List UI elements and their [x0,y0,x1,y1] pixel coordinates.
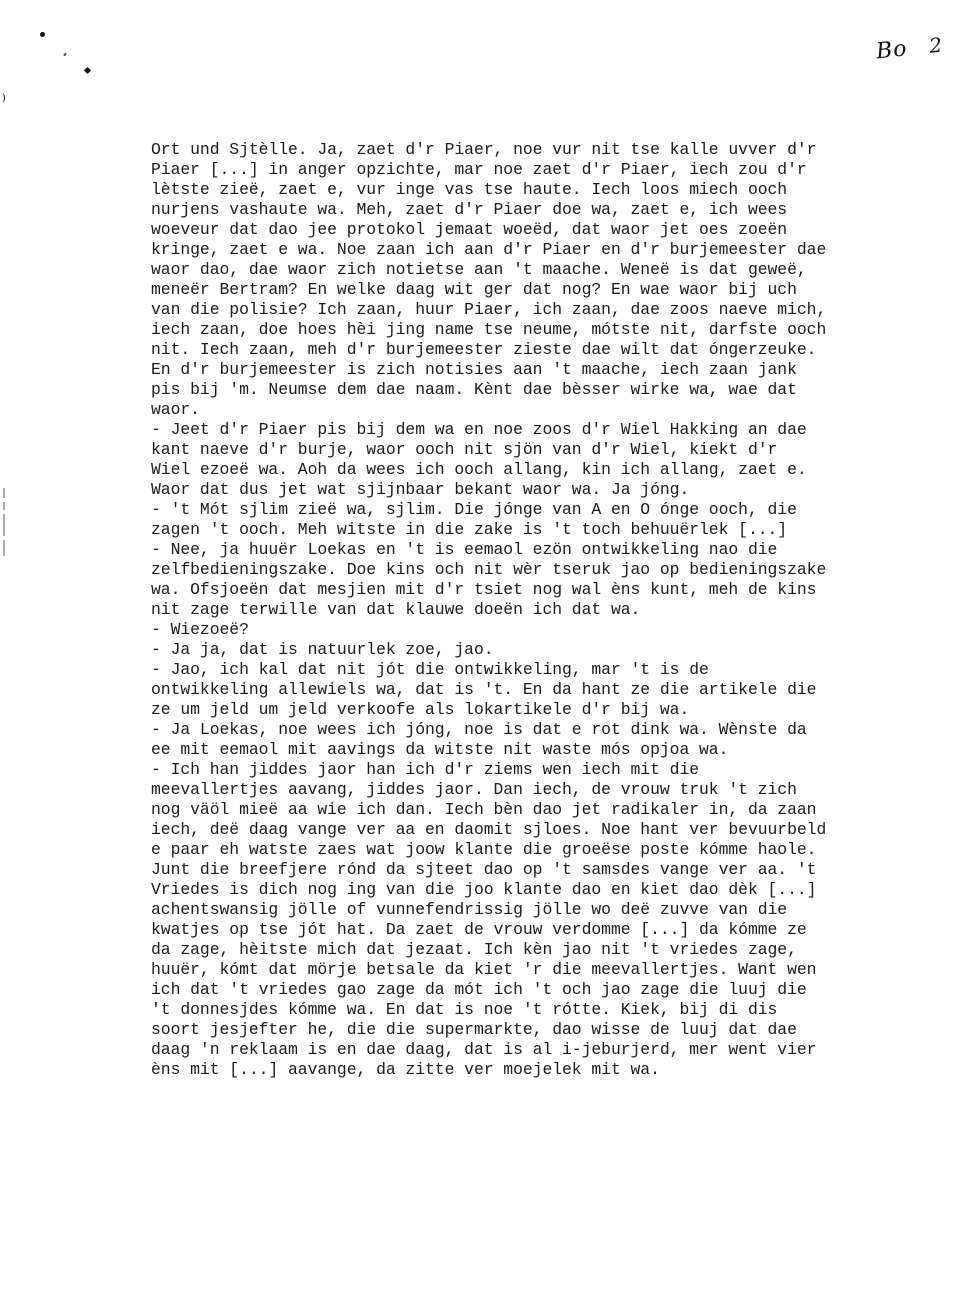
text-line: zelfbedieningszake. Doe kins och nit wèr… [151,560,871,580]
text-line: pis bij 'm. Neumse dem dae naam. Kènt da… [151,380,871,400]
speck-mark [84,67,91,74]
text-line: meneër Bertram? En welke daag wit ger da… [151,280,871,300]
text-line: - 't Mót sjlim zieë wa, sjlim. Die jónge… [151,500,871,520]
text-line: nurjens vashaute wa. Meh, zaet d'r Piaer… [151,200,871,220]
handwritten-page-annotation: Bo2 [875,33,944,65]
text-line: Waor dat dus jet wat sjijnbaar bekant wa… [151,480,871,500]
text-line: nog väöl mieë aa wie ich dan. Iech bèn d… [151,800,871,820]
transcript-text-body: Ort und Sjtèlle. Ja, zaet d'r Piaer, noe… [151,140,871,1080]
text-line: Piaer [...] in anger opzichte, mar noe z… [151,160,871,180]
text-line: iech zaan, doe hoes hèi jing name tse ne… [151,320,871,340]
text-line: nit. Iech zaan, meh d'r burjemeester zie… [151,340,871,360]
text-line: - Jeet d'r Piaer pis bij dem wa en noe z… [151,420,871,440]
text-line: - Jao, ich kal dat nit jót die ontwikkel… [151,660,871,680]
text-line: lètste zieë, zaet e, vur inge vas tse ha… [151,180,871,200]
speck-mark [63,53,66,57]
text-line: soort jesjefter he, die die supermarkte,… [151,1020,871,1040]
text-line: waor. [151,400,871,420]
text-line: daag 'n reklaam is en dae daag, dat is a… [151,1040,871,1060]
text-line: èns mit [...] aavange, da zitte ver moej… [151,1060,871,1080]
text-line: huuër, kómt dat mörje betsale da kiet 'r… [151,960,871,980]
text-line: da zage, hèitste mich dat jezaat. Ich kè… [151,940,871,960]
text-line: meevallertjes aavang, jiddes jaor. Dan i… [151,780,871,800]
text-line: iech, deë daag vange ver aa en daomit sj… [151,820,871,840]
text-line: waor dao, dae waor zich notietse aan 't … [151,260,871,280]
text-line: achentswansig jölle of vunnefendrissig j… [151,900,871,920]
text-line: Wiel ezoeë wa. Aoh da wees ich ooch alla… [151,460,871,480]
text-line: woeveur dat dao jee protokol jemaat woeë… [151,220,871,240]
text-line: Ort und Sjtèlle. Ja, zaet d'r Piaer, noe… [151,140,871,160]
handwritten-initials: Bo [875,36,909,64]
margin-scan-artifact [3,488,5,560]
text-line: - Wiezoeë? [151,620,871,640]
text-line: kwatjes op tse jót hat. Da zaet de vrouw… [151,920,871,940]
text-line: 't donnesjdes kómme wa. En dat is noe 't… [151,1000,871,1020]
text-line: kant naeve d'r burje, waor ooch nit sjön… [151,440,871,460]
text-line: - Ich han jiddes jaor han ich d'r ziems … [151,760,871,780]
text-line: zagen 't ooch. Meh witste in die zake is… [151,520,871,540]
text-line: wa. Ofsjoeën dat mesjien mit d'r tsiet n… [151,580,871,600]
text-line: - Ja Loekas, noe wees ich jóng, noe is d… [151,720,871,740]
text-line: kringe, zaet e wa. Noe zaan ich aan d'r … [151,240,871,260]
text-line: ee mit eemaol mit aavings da witste nit … [151,740,871,760]
text-line: Junt die breefjere rónd da sjteet dao op… [151,860,871,880]
text-line: ich dat 't vriedes gao zage da mót ich '… [151,980,871,1000]
text-line: e paar eh watste zaes wat joow klante di… [151,840,871,860]
text-line: - Nee, ja huuër Loekas en 't is eemaol e… [151,540,871,560]
text-line: ze um jeld um jeld verkoofe als lokartik… [151,700,871,720]
text-line: van die polisie? Ich zaan, huur Piaer, i… [151,300,871,320]
text-line: - Ja ja, dat is natuurlek zoe, jao. [151,640,871,660]
text-line: En d'r burjemeester is zich notisies aan… [151,360,871,380]
text-line: Vriedes is dich nog ing van die joo klan… [151,880,871,900]
margin-bracket-mark: ) [2,93,6,104]
text-line: nit zage terwille van dat klauwe doeën i… [151,600,871,620]
speck-mark [40,32,45,37]
handwritten-page-number: 2 [928,33,944,58]
text-line: ontwikkeling allewiels wa, dat is 't. En… [151,680,871,700]
